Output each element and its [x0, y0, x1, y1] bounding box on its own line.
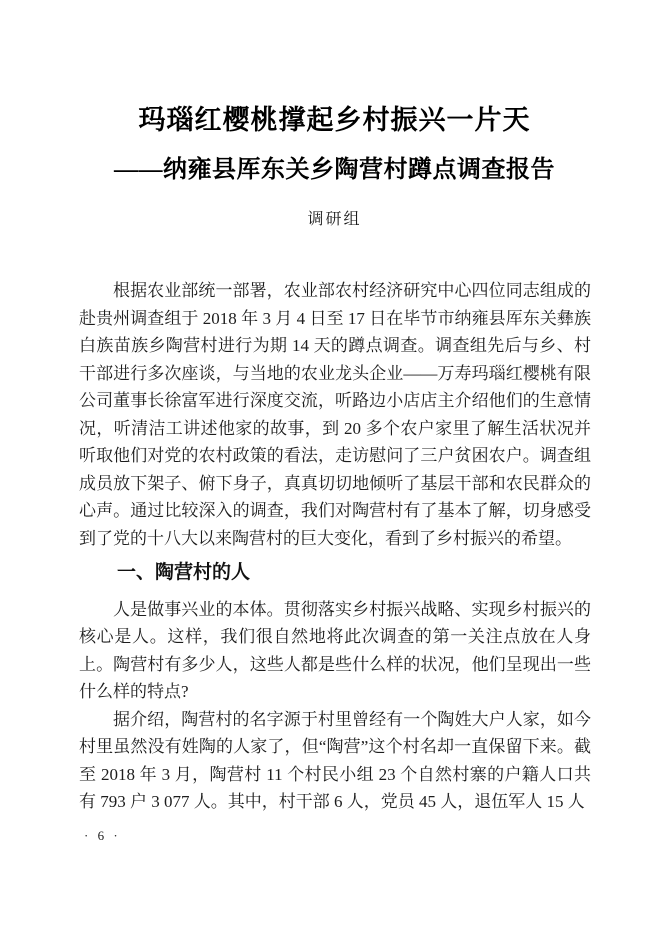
paragraph-section1-2: 据介绍，陶营村的名字源于村里曾经有一个陶姓大户人家，如今村里虽然没有姓陶的人家了… [79, 706, 591, 816]
document-title: 玛瑙红樱桃撑起乡村振兴一片天 [0, 98, 669, 137]
paragraph-section1-1: 人是做事兴业的本体。贯彻落实乡村振兴战略、实现乡村振兴的核心是人。这样，我们很自… [79, 596, 591, 706]
paragraph-intro: 根据农业部统一部署，农业部农村经济研究中心四位同志组成的赴贵州调查组于 2018… [79, 277, 591, 552]
document-subtitle: ——纳雍县厍东关乡陶营村蹲点调查报告 [0, 149, 669, 184]
body-text-block: 根据农业部统一部署，农业部农村经济研究中心四位同志组成的赴贵州调查组于 2018… [79, 277, 591, 816]
byline: 调研组 [0, 206, 669, 229]
page-number: · 6 · [84, 826, 121, 846]
section-heading-1: 一、陶营村的人 [79, 559, 591, 587]
document-page: 玛瑙红樱桃撑起乡村振兴一片天 ——纳雍县厍东关乡陶营村蹲点调查报告 调研组 根据… [0, 0, 669, 945]
